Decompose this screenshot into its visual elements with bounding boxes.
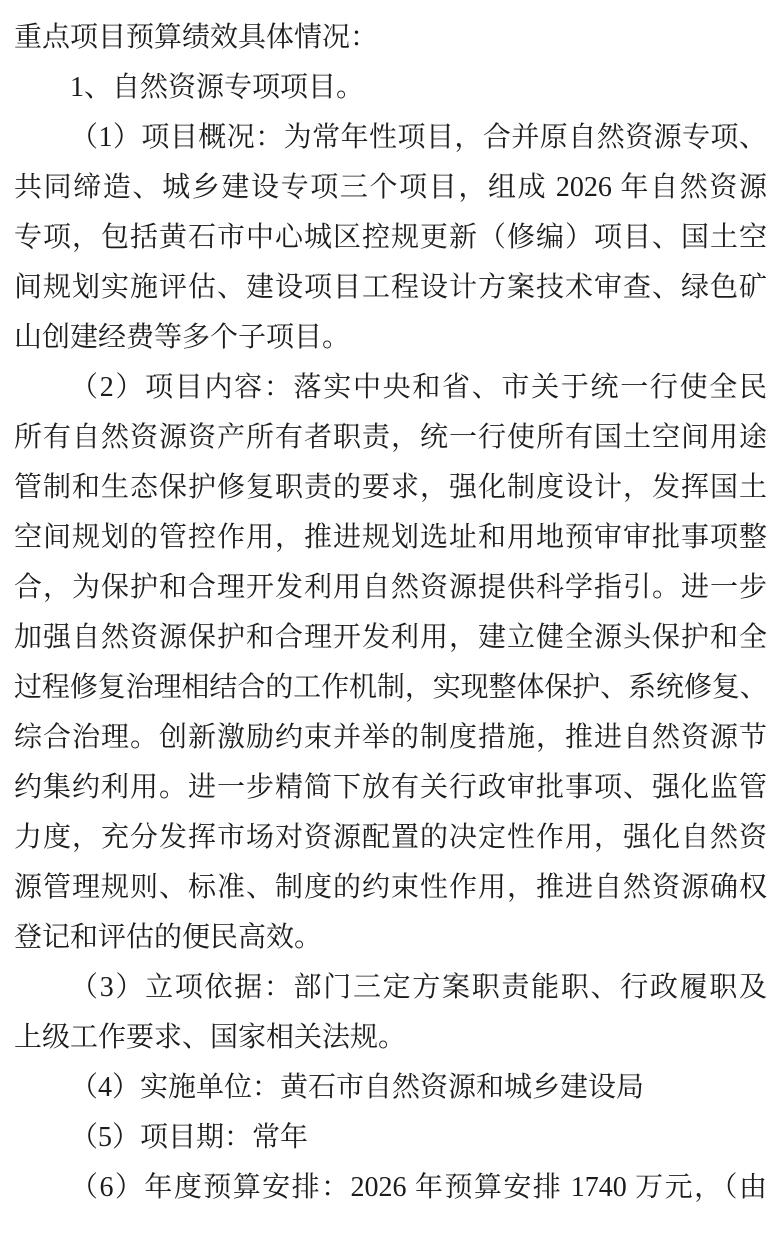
text-line: 共同缔造、城乡建设专项三个项目，组成 2026 年自然资源 (14, 163, 767, 213)
document-body: 重点项目预算绩效具体情况：1、自然资源专项项目。（1）项目概况：为常年性项目，合… (14, 13, 767, 1213)
text-line: 源管理规则、标准、制度的约束性作用，推进自然资源确权 (14, 863, 767, 913)
text-line: 所有自然资源资产所有者职责，统一行使所有国土空间用途 (14, 413, 767, 463)
text-line: 空间规划的管控作用，推进规划选址和用地预审审批事项整 (14, 513, 767, 563)
text-line: 间规划实施评估、建设项目工程设计方案技术审查、绿色矿 (14, 263, 767, 313)
text-line: （2）项目内容：落实中央和省、市关于统一行使全民 (14, 363, 767, 413)
text-line: 合，为保护和合理开发利用自然资源提供科学指引。进一步 (14, 563, 767, 613)
text-line: 约集约利用。进一步精简下放有关行政审批事项、强化监管 (14, 763, 767, 813)
text-line: 上级工作要求、国家相关法规。 (14, 1013, 767, 1063)
text-line: 过程修复治理相结合的工作机制，实现整体保护、系统修复、 (14, 663, 767, 713)
text-line: （4）实施单位：黄石市自然资源和城乡建设局 (14, 1063, 767, 1113)
text-line: （3）立项依据：部门三定方案职责能职、行政履职及 (14, 963, 767, 1013)
text-line: 专项，包括黄石市中心城区控规更新（修编）项目、国土空 (14, 213, 767, 263)
text-line: 力度，充分发挥市场对资源配置的决定性作用，强化自然资 (14, 813, 767, 863)
text-line: （6）年度预算安排：2026 年预算安排 1740 万元，（由 (14, 1163, 767, 1213)
text-line: 登记和评估的便民高效。 (14, 913, 767, 963)
page-title: 重点项目预算绩效具体情况： (14, 13, 767, 63)
text-line: 山创建经费等多个子项目。 (14, 313, 767, 363)
text-line: 综合治理。创新激励约束并举的制度措施，推进自然资源节 (14, 713, 767, 763)
text-line: 1、自然资源专项项目。 (14, 63, 767, 113)
text-line: 管制和生态保护修复职责的要求，强化制度设计，发挥国土 (14, 463, 767, 513)
text-line: 加强自然资源保护和合理开发利用，建立健全源头保护和全 (14, 613, 767, 663)
document-page: 重点项目预算绩效具体情况：1、自然资源专项项目。（1）项目概况：为常年性项目，合… (0, 0, 781, 1243)
text-line: （1）项目概况：为常年性项目，合并原自然资源专项、 (14, 113, 767, 163)
text-line: （5）项目期：常年 (14, 1113, 767, 1163)
